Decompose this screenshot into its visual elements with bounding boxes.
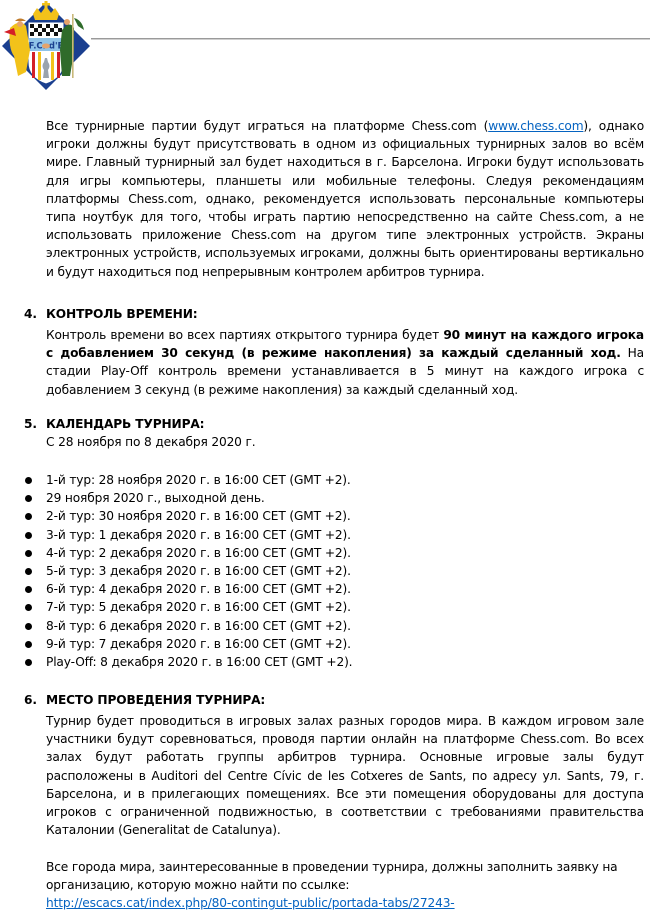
federation-logo: F.C. d'E: [0, 0, 92, 92]
list-item: 4-й тур: 2 декабря 2020 г. в 16:00 CET (…: [24, 544, 624, 562]
bullet-icon: [25, 532, 32, 539]
intro-paragraph: Все турнирные партии будут играться на п…: [46, 117, 644, 281]
time-control-paragraph: Контроль времени во всех партиях открыто…: [46, 326, 644, 399]
schedule-list: 1-й тур: 28 ноября 2020 г. в 16:00 CET (…: [24, 471, 624, 671]
calendar-subtitle: С 28 ноября по 8 декабря 2020 г.: [46, 433, 644, 451]
bullet-icon: [25, 568, 32, 575]
section-number: 4.: [24, 305, 46, 323]
schedule-text: 8-й тур: 6 декабря 2020 г. в 16:00 CET (…: [46, 619, 351, 633]
chess-com-link[interactable]: www.chess.com: [488, 119, 583, 133]
section-title: КОНТРОЛЬ ВРЕМЕНИ:: [46, 307, 198, 321]
section-number: 6.: [24, 691, 46, 709]
application-paragraph: Все города мира, заинтересованные в пров…: [46, 858, 644, 913]
list-item: Play-Off: 8 декабря 2020 г. в 16:00 CET …: [24, 653, 624, 671]
schedule-text: 2-й тур: 30 ноября 2020 г. в 16:00 CET (…: [46, 509, 351, 523]
application-link[interactable]: http://escacs.cat/index.php/80-contingut…: [46, 896, 455, 910]
list-item: 5-й тур: 3 декабря 2020 г. в 16:00 CET (…: [24, 562, 624, 580]
intro-text-2: ), однако игроки должны будут присутство…: [46, 119, 644, 279]
list-item: 2-й тур: 30 ноября 2020 г. в 16:00 CET (…: [24, 507, 624, 525]
list-item: 7-й тур: 5 декабря 2020 г. в 16:00 CET (…: [24, 598, 624, 616]
schedule-text: 7-й тур: 5 декабря 2020 г. в 16:00 CET (…: [46, 600, 351, 614]
list-item: 3-й тур: 1 декабря 2020 г. в 16:00 CET (…: [24, 526, 624, 544]
schedule-text: 6-й тур: 4 декабря 2020 г. в 16:00 CET (…: [46, 582, 351, 596]
schedule-text: 1-й тур: 28 ноября 2020 г. в 16:00 CET (…: [46, 473, 351, 487]
schedule-text: 4-й тур: 2 декабря 2020 г. в 16:00 CET (…: [46, 546, 351, 560]
time-control-text-1: Контроль времени во всех партиях открыто…: [46, 328, 443, 342]
section-title: МЕСТО ПРОВЕДЕНИЯ ТУРНИРА:: [46, 693, 265, 707]
schedule-text: 3-й тур: 1 декабря 2020 г. в 16:00 CET (…: [46, 528, 351, 542]
list-item: 29 ноября 2020 г., выходной день.: [24, 489, 624, 507]
bullet-icon: [25, 586, 32, 593]
schedule-text: 29 ноября 2020 г., выходной день.: [46, 491, 265, 505]
list-item: 8-й тур: 6 декабря 2020 г. в 16:00 CET (…: [24, 617, 624, 635]
list-item: 1-й тур: 28 ноября 2020 г. в 16:00 CET (…: [24, 471, 624, 489]
intro-text-1: Все турнирные партии будут играться на п…: [46, 119, 488, 133]
list-item: 6-й тур: 4 декабря 2020 г. в 16:00 CET (…: [24, 580, 624, 598]
bullet-icon: [25, 641, 32, 648]
section-title: КАЛЕНДАРЬ ТУРНИРА:: [46, 417, 204, 431]
application-text: Все города мира, заинтересованные в пров…: [46, 860, 618, 892]
list-item: 9-й тур: 7 декабря 2020 г. в 16:00 CET (…: [24, 635, 624, 653]
schedule-text: Play-Off: 8 декабря 2020 г. в 16:00 CET …: [46, 655, 352, 669]
bullet-icon: [25, 659, 32, 666]
bullet-icon: [25, 495, 32, 502]
bullet-icon: [25, 513, 32, 520]
section-5-heading: 5.КАЛЕНДАРЬ ТУРНИРА:: [24, 415, 204, 433]
section-number: 5.: [24, 415, 46, 433]
bullet-icon: [25, 604, 32, 611]
schedule-text: 9-й тур: 7 декабря 2020 г. в 16:00 CET (…: [46, 637, 351, 651]
crest-icon: F.C. d'E: [0, 0, 92, 92]
header-divider: [91, 38, 650, 40]
section-6-heading: 6.МЕСТО ПРОВЕДЕНИЯ ТУРНИРА:: [24, 691, 265, 709]
venue-paragraph: Турнир будет проводиться в игровых залах…: [46, 712, 644, 839]
bullet-icon: [25, 477, 32, 484]
schedule-text: 5-й тур: 3 декабря 2020 г. в 16:00 CET (…: [46, 564, 351, 578]
bullet-icon: [25, 550, 32, 557]
section-4-heading: 4.КОНТРОЛЬ ВРЕМЕНИ:: [24, 305, 198, 323]
bullet-icon: [25, 623, 32, 630]
